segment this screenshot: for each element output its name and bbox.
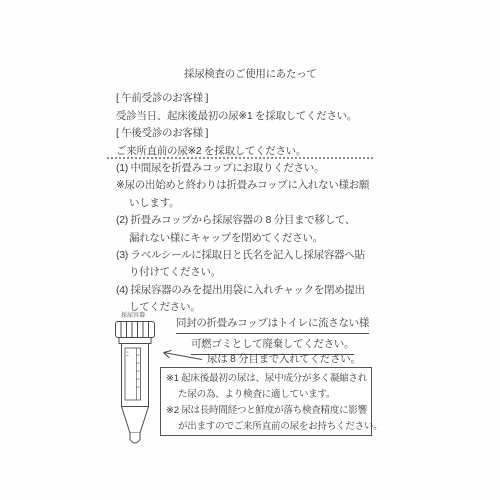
step-1-note-cont: いします。 [116, 195, 369, 212]
document-title: 採尿検査のご使用にあたって [184, 66, 317, 81]
step-3-cont: り付けてください。 [116, 264, 369, 281]
footnote-2: ※2 尿は長時間経つと鮮度が落ち検査精度に影響 [166, 403, 371, 419]
step-1: (1) 中間尿を折畳みコップにお取りください。 [116, 160, 369, 177]
collection-steps: (1) 中間尿を折畳みコップにお取りください。 ※尿の出始めと終わりは折畳みコッ… [116, 160, 369, 317]
visit-morning-header: [ 午前受診のお客様 ] [116, 90, 357, 108]
visit-morning-instruction: 受診当日、起床後最初の尿※1 を採取してください。 [116, 108, 357, 126]
cup-disposal-notice-line1: 同封の折畳みコップはトイレに流さない様 [176, 315, 369, 334]
footnote-1: ※1 起床後最初の尿は、尿中成分が多く凝縮され [166, 371, 371, 387]
footnote-2-cont: が出ますのでご来所直前の尿をお持ちください。 [166, 419, 371, 435]
step-2: (2) 折畳みコップから採尿容器の 8 分目まで移して、 [116, 212, 369, 229]
container-caption: 採尿容器 [121, 310, 145, 319]
container-body-icon [122, 344, 149, 444]
dotted-divider [107, 157, 373, 159]
urine-test-instruction-sheet: 採尿検査のご使用にあたって [ 午前受診のお客様 ] 受診当日、起床後最初の尿※… [0, 0, 500, 500]
footnotes-box: ※1 起床後最初の尿は、尿中成分が多く凝縮され た尿の為、より検査に適しています… [160, 367, 372, 436]
fill-level-note: 尿は 8 分目まで入れてください。 [207, 351, 361, 366]
visit-afternoon-header: [ 午後受診のお客様 ] [116, 125, 357, 143]
step-4: (4) 採尿容器のみを提出用袋に入れチャックを閉め提出 [116, 282, 369, 299]
step-1-note: ※尿の出始めと終わりは折畳みコップに入れない様お願 [116, 177, 369, 194]
arrow-left-icon [160, 349, 204, 362]
container-cap-icon [116, 322, 155, 344]
footnote-1-cont: た尿の為、より検査に適しています。 [166, 387, 371, 403]
urine-container-illustration [113, 319, 159, 451]
step-2-cont: 漏れない様にキャップを閉めてください。 [116, 230, 369, 247]
visit-instructions: [ 午前受診のお客様 ] 受診当日、起床後最初の尿※1 を採取してください。 [… [116, 90, 357, 161]
step-3: (3) ラベルシールに採取日と氏名を記入し採尿容器へ貼 [116, 247, 369, 264]
